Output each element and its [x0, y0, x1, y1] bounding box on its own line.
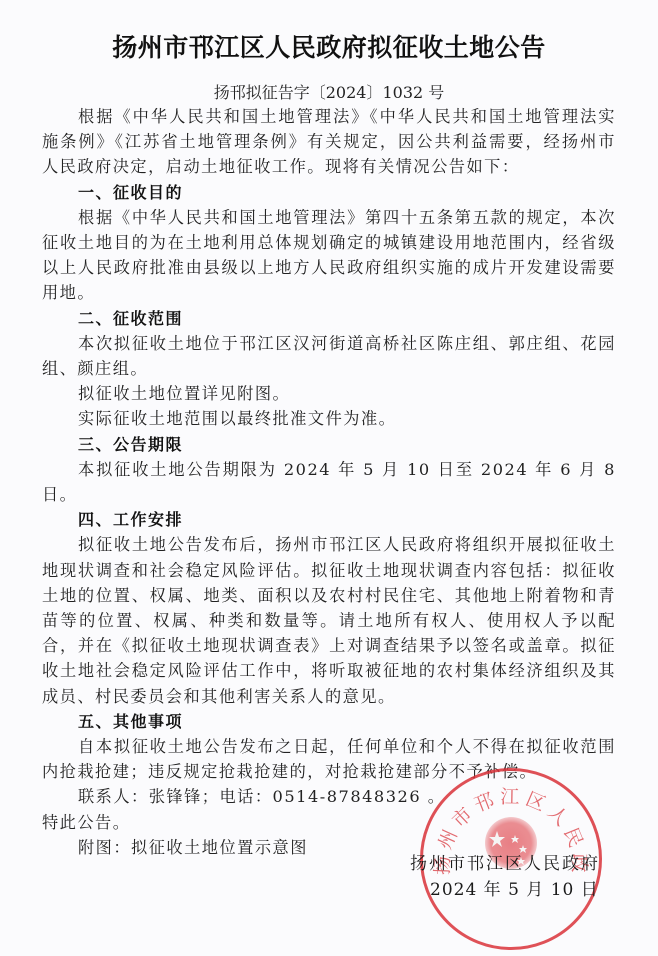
document-title: 扬州市邗江区人民政府拟征收土地公告 — [0, 28, 658, 64]
section-paragraph: 本次拟征收土地位于邗江区汉河街道高桥社区陈庄组、郭庄组、花园组、颜庄组。 — [42, 331, 616, 381]
section-purpose: 一、征收目的 根据《中华人民共和国土地管理法》第四十五条第五款的规定，本次征收土… — [42, 180, 616, 306]
section-paragraph: 实际征收土地范围以最终批准文件为准。 — [42, 406, 616, 431]
intro-paragraph: 根据《中华人民共和国土地管理法》《中华人民共和国土地管理法实施条例》《江苏省土地… — [42, 104, 616, 180]
section-heading: 五、其他事项 — [42, 709, 616, 734]
document-body: 根据《中华人民共和国土地管理法》《中华人民共和国土地管理法实施条例》《江苏省土地… — [42, 104, 616, 860]
section-heading: 二、征收范围 — [42, 306, 616, 331]
section-heading: 一、征收目的 — [42, 180, 616, 205]
section-arrangement: 四、工作安排 拟征收土地公告发布后，扬州市邗江区人民政府将组织开展拟征收土地现状… — [42, 507, 616, 709]
section-heading: 三、公告期限 — [42, 432, 616, 457]
section-paragraph: 根据《中华人民共和国土地管理法》第四十五条第五款的规定，本次征收土地目的为在土地… — [42, 205, 616, 306]
section-paragraph: 本拟征收土地公告期限为 2024 年 5 月 10 日至 2024 年 6 月 … — [42, 457, 616, 507]
section-paragraph: 拟征收土地公告发布后，扬州市邗江区人民政府将组织开展拟征收土地现状调查和社会稳定… — [42, 532, 616, 708]
issue-date: 2024 年 5 月 10 日 — [410, 877, 630, 903]
issuer-name: 扬州市邗江区人民政府 — [410, 851, 630, 877]
section-scope: 二、征收范围 本次拟征收土地位于邗江区汉河街道高桥社区陈庄组、郭庄组、花园组、颜… — [42, 306, 616, 432]
signature-block: 扬州市邗江区人民政府 2024 年 5 月 10 日 — [410, 851, 630, 903]
document-number: 扬邗拟征告字〔2024〕1032 号 — [0, 80, 658, 103]
section-heading: 四、工作安排 — [42, 507, 616, 532]
section-paragraph: 拟征收土地位置详见附图。 — [42, 381, 616, 406]
section-period: 三、公告期限 本拟征收土地公告期限为 2024 年 5 月 10 日至 2024… — [42, 432, 616, 508]
notice-page: 扬州市邗江区人民政府拟征收土地公告 扬邗拟征告字〔2024〕1032 号 根据《… — [0, 0, 658, 956]
